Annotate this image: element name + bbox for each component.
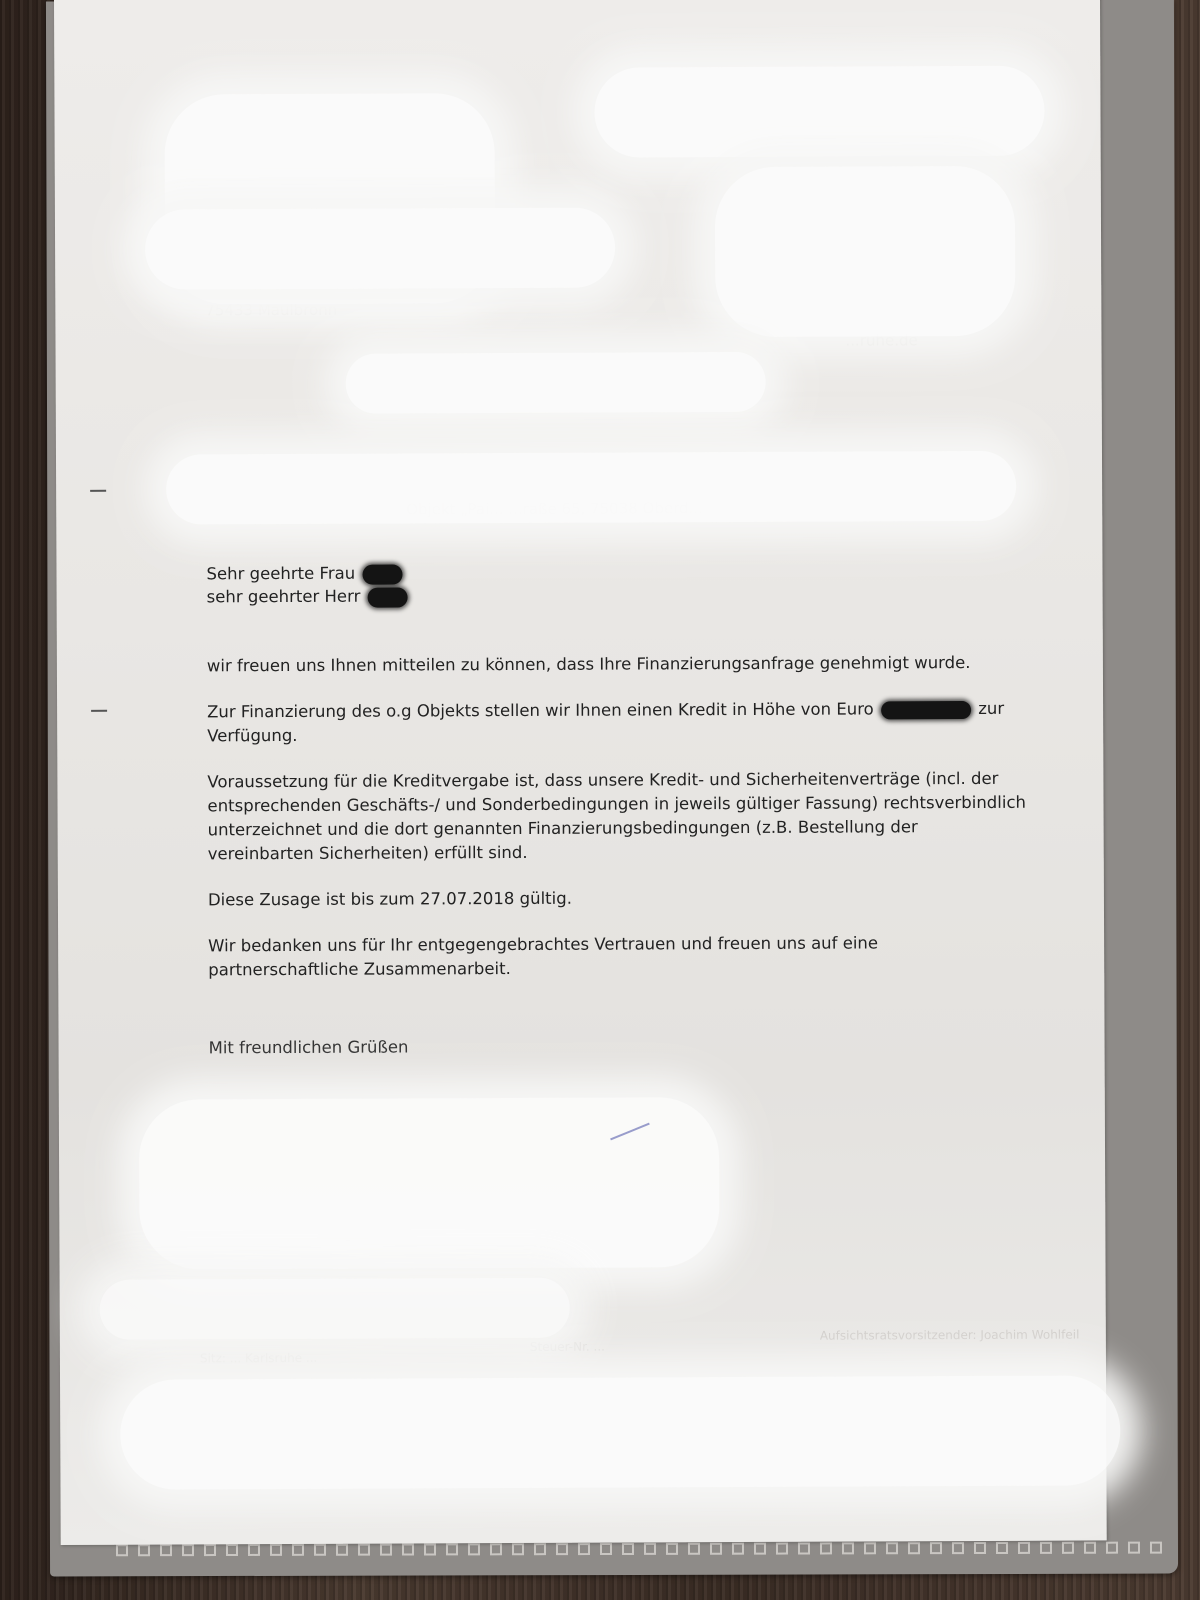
- redaction-amount: [881, 701, 971, 719]
- redaction-sender-lower: [145, 208, 615, 290]
- paragraph-conditions: Voraussetzung für die Kreditvergabe ist,…: [207, 767, 1027, 867]
- redaction-name: [362, 564, 402, 584]
- fold-mark: [90, 490, 106, 492]
- redaction-reference: [346, 352, 766, 414]
- fold-mark: [91, 710, 107, 712]
- paragraph-credit-amount: Zur Finanzierung des o.g Objekts stellen…: [207, 697, 1027, 749]
- letter-paper: ...ruhe 75433 Maulbronn ...ruhe.de Objek…: [54, 0, 1107, 1545]
- redaction-footer-left: [100, 1278, 570, 1340]
- redaction-signature: [139, 1097, 720, 1270]
- footer-fragment-left: Sitz: ... Karlsruhe ...: [200, 1351, 317, 1366]
- credit-text: Zur Finanzierung des o.g Objekts stellen…: [207, 699, 879, 721]
- redaction-bank-logo: [594, 66, 1044, 158]
- redaction-contact: [715, 166, 1016, 337]
- letter-body: Sehr geehrte Frau sehr geehrter Herr wir…: [206, 559, 1028, 1061]
- footer-fragment-right: Aufsichtsratsvorsitzender: Joachim Wohlf…: [820, 1328, 1080, 1343]
- salutation-line-1: Sehr geehrte Frau: [206, 564, 360, 584]
- paragraph-approval: wir freuen uns Ihnen mitteilen zu können…: [207, 651, 1027, 679]
- paragraph-thanks: Wir bedanken uns für Ihr entgegengebrach…: [208, 931, 1028, 983]
- redaction-footer: [120, 1375, 1120, 1489]
- redaction-subject: [166, 451, 1016, 525]
- closing: Mit freundlichen Grüßen: [209, 1033, 1029, 1061]
- salutation: Sehr geehrte Frau sehr geehrter Herr: [206, 559, 1026, 609]
- paragraph-validity: Diese Zusage ist bis zum 27.07.2018 gült…: [208, 885, 1028, 913]
- footer-fragment-middle: Steuer-Nr. ...: [530, 1340, 605, 1354]
- redaction-name: [368, 587, 408, 607]
- salutation-line-2: sehr geehrter Herr: [207, 587, 366, 607]
